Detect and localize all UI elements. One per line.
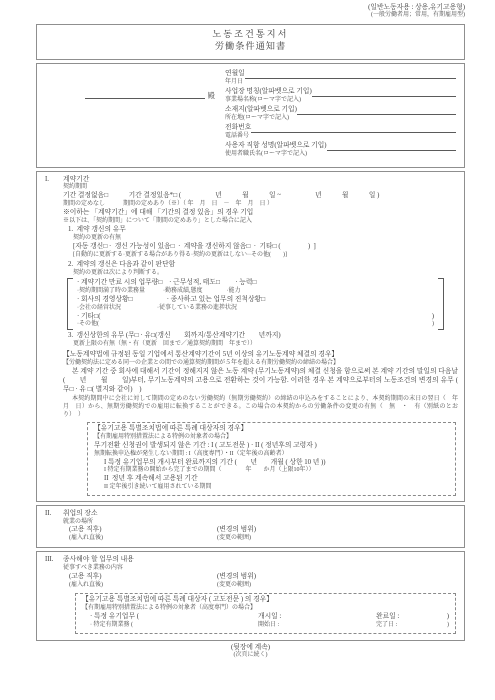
field-phone-ko: 전화번호 [225, 124, 456, 133]
section-work-location: II. 취업의 장소 就業の場所 (고용 직후) (변경의 범위) (雇入れ直後… [36, 505, 465, 548]
job-duties-col1-ja: (雇入れ直後) [69, 582, 217, 590]
special-measures-box-2: 【유기고용 특별조치법에 따른 특례 대상자 ( 고도전문 ) 의 경우】 【有… [75, 593, 456, 633]
job-duties-title-ja: 従事すべき業務の内容 [63, 565, 458, 573]
conversion-paragraph-ja: 本契約期間中に会社に対して期間の定めのない労働契約（無期労働契約）の締結の申込み… [63, 396, 458, 419]
work-location-col1-ja: (雇入れ直後) [69, 535, 217, 543]
renewal-criteria-bracket: · 계약기간 만료 시의 업무량□ · 근무성적, 태도□ · 능력□ ·契約期… [67, 278, 444, 330]
footer-continued-ja: (次頁に続く) [36, 652, 465, 660]
criteria-row-3-ja: ·その他( ) [77, 321, 434, 329]
special2-title-ko: 【유기고용 특별조치법에 따른 특례 대상자 ( 고도전문 ) 의 경우】 [82, 596, 449, 605]
field-workplace-name-blank [312, 90, 456, 97]
work-location-col1-ko: (고용 직후) [69, 526, 217, 535]
field-date-ja: 年月日 [225, 79, 456, 87]
work-location-cols-ko: (고용 직후) (변경의 범위) [63, 526, 458, 535]
recipient-line: 殿 [47, 70, 225, 161]
contract-period-title-ko: 계약기간 [63, 176, 458, 185]
header-info-box: 殿 연월일 年月日 사업장 명칭(알파벳으로 기입) 事業場名称(ローマ字で記入… [36, 63, 465, 168]
special2-title-ja: 【有期雇用特別措置法による特例の対象者（高度専門）の場合】 [82, 605, 449, 613]
section2-numeral: II. [37, 506, 63, 547]
job-duties-cols-ko: (고용 직후) (변경의 범위) [63, 573, 458, 582]
document-page: (일반노동자용 : 상용,유기고용형) (一般労働者用；常用，有期雇用型) 노동… [0, 0, 495, 700]
special-line3-ja: II 定年後引き続いて雇用されている期間 [94, 484, 449, 492]
title-box: 노동조건통지서 労働条件通知書 [36, 24, 465, 60]
special2-task-label-ko: · 특정 유기업무 ( [90, 613, 258, 622]
special-line3-ko: II 정년 후 계속해서 고용된 기간 [94, 475, 449, 484]
field-address-ja: 所在地(ローマ字で記入) [225, 115, 456, 123]
renewal-title-ja: 契約の更新の有無 [63, 235, 458, 243]
special2-row-ko-close: ) [447, 613, 449, 622]
special-title-ko: 【유기고용 특별조치법에 따른 특례 대상자의 경우】 [94, 425, 449, 434]
recipient-name-blank [85, 92, 205, 99]
work-location-col2-ja: (変更の範囲) [217, 535, 251, 543]
criteria-row-3-ko: · 기타□( ) [77, 313, 434, 322]
special-line1-ko: 무기전환 신청권이 발생되지 않은 기간 : I ( 고도전문 ) · II (… [94, 442, 449, 451]
field-address-blank [297, 108, 456, 115]
section1-numeral: I. [37, 172, 63, 501]
footer-continued-ko: (뒷장에 계속) [36, 644, 465, 652]
renewal-limit-ko: 3. 갱신상한의 유무 (무□ · 유□(갱신 회까지/통산계약기간 년까지) [63, 332, 458, 341]
field-phone-ja: 電話番号 [225, 133, 456, 141]
job-duties-title-ko: 종사해야 할 업무의 내용 [63, 556, 458, 565]
work-location-title-ja: 就業の場所 [63, 519, 458, 527]
special-line1-ja: 無期転換申込権が発生しない期間 : I（高度専門）・II（定年後の高齢者） [94, 451, 449, 459]
special2-start-label-ko: 개시일 : [258, 613, 376, 622]
criteria-row-3-ja-close: ) [432, 321, 434, 329]
job-duties-col1-ko: (고용 직후) [69, 573, 217, 582]
special2-row-ko: · 특정 유기업무 ( 개시일 : 완료일 : ) [82, 613, 449, 622]
period-note-ja: ※以下は、「契約期間」について「期間の定めあり」とした場合に記入 [63, 218, 458, 226]
criteria-row-1-ja: ·契約期間満了時の業務量 ·勤務成績,態度 ·能力 [77, 288, 434, 296]
section2-content: 취업의 장소 就業の場所 (고용 직후) (변경의 범위) (雇入れ直後) (変… [63, 506, 464, 547]
period-options-ja: 期間の定めなし 期間の定めあり（※）（ 年 月 日 － 年 月 日 ） [63, 201, 458, 209]
period-options-ko: 기간 결정없음□ 기간 결정있음*□ ( 년 월 일 ~ 년 월 일 ) [63, 192, 458, 201]
conversion-paragraph-ko: 본 계약 기간 중 회사에 대해서 기간이 정해지지 않은 노동 계약 (무기노… [63, 368, 458, 394]
form-type-note: (일반노동자용 : 상용,유기고용형) (一般労働者用；常用，有期雇用型) [36, 4, 465, 20]
criteria-row-1-ko: · 계약기간 만료 시의 업무량□ · 근무성적, 태도□ · 능력□ [77, 279, 434, 288]
document-title-ja: 労働条件通知書 [37, 41, 464, 53]
job-duties-col2-ko: (변경의 범위) [217, 573, 256, 582]
job-duties-cols-ja: (雇入れ直後) (変更の範囲) [63, 582, 458, 590]
special2-row-ja: · 特定有期業務 ( 開始日 : 完了日 : ) [82, 622, 449, 630]
special2-task-label-ja: · 特定有期業務 ( [90, 622, 258, 630]
labor-contract-law-note-ja: 【労働契約法に定める同一の企業との間での通算契約期間が５年を超える有期労働契約の… [63, 360, 458, 368]
recipient-honorific: 殿 [208, 92, 215, 101]
field-date-blank [245, 72, 456, 79]
labor-contract-law-note-ko: 【노동계약법에 규정된 동일 기업에서 통산계약기간이 5년 이상의 유기노동계… [63, 351, 458, 360]
special-title-ja: 【有期雇用特別措置法による特例の対象者の場合】 [94, 434, 449, 442]
criteria-row-2-ja: ·会社の経営状況 ·従事している業務の進捗状況 [77, 305, 434, 313]
special2-end-label-ja: 完了日 : [376, 622, 447, 630]
renewal-title-ko: 1. 계약 갱신의 유무 [63, 226, 458, 235]
criteria-row-2-ko: · 회사의 경영상황□ · 종사하고 있는 업무의 진척상황□ [77, 296, 434, 305]
special-measures-box: 【유기고용 특별조치법에 따른 특례 대상자의 경우】 【有期雇用特別措置法によ… [87, 422, 456, 496]
field-employer-name-ja: 使用者職氏名(ローマ字で記入) [225, 151, 456, 159]
special2-start-label-ja: 開始日 : [258, 622, 376, 630]
employer-fields: 연월일 年月日 사업장 명칭(알파벳으로 기입) 事業場名称(ローマ字で記入) … [225, 70, 456, 161]
document-title-ko: 노동조건통지서 [37, 29, 464, 41]
special2-end-label-ko: 완료일 : [376, 613, 447, 622]
field-workplace-name-ko: 사업장 명칭(알파벳으로 기입) [225, 88, 456, 97]
field-phone-blank [251, 126, 456, 133]
field-workplace-name-ja: 事業場名称(ローマ字で記入) [225, 97, 456, 105]
special2-row-ja-close: ) [447, 622, 449, 630]
job-duties-col2-ja: (変更の範囲) [217, 582, 251, 590]
field-employer-name-ko: 사용자 직함 성명(알파벳으로 기입) [225, 142, 456, 151]
page-footer: (뒷장에 계속) (次頁に続く) [36, 644, 465, 660]
section3-content: 종사해야 할 업무의 내용 従事すべき業務の内容 (고용 직후) (변경의 범위… [63, 552, 464, 640]
field-date-ko: 연월일 [225, 70, 456, 79]
section-job-duties: III. 종사해야 할 업무의 내용 従事すべき業務の内容 (고용 직후) (변… [36, 551, 465, 641]
renewal-criteria-title-ko: 2. 계약의 갱신은 다음과 같이 판단함 [63, 261, 458, 270]
section-contract-period: I. 계약기간 契約期間 기간 결정없음□ 기간 결정있음*□ ( 년 월 일 … [36, 171, 465, 502]
work-location-col2-ko: (변경의 범위) [217, 526, 256, 535]
renewal-options-ja: [自動的に更新する·更新する場合があり得る·契約の更新はしない··その他( )] [63, 252, 458, 260]
renewal-criteria-title-ja: 契約の更新は次により判断する。 [63, 270, 458, 278]
field-address-ko: 소재지(알파벳으로 기입) [225, 106, 456, 115]
section3-numeral: III. [37, 552, 63, 640]
form-type-note-ja: (一般労働者用；常用，有期雇用型) [36, 12, 465, 20]
renewal-options-ko: [자동 갱신□ · 갱신 가능성이 있음□ · 계약을 갱신하지 않음□ · 기… [63, 243, 458, 252]
section1-content: 계약기간 契約期間 기간 결정없음□ 기간 결정있음*□ ( 년 월 일 ~ 년… [63, 172, 464, 501]
work-location-cols-ja: (雇入れ直後) (変更の範囲) [63, 535, 458, 543]
field-employer-name-blank [327, 144, 456, 151]
renewal-limit-ja: 更新上限の有無（無・有（更新 回まで／通算契約期間 年まで）） [63, 341, 458, 349]
work-location-title-ko: 취업의 장소 [63, 510, 458, 519]
period-note-ko: ※이하는 「계약기간」에 대해 「기간의 결정 있음」의 경우 기입 [63, 209, 458, 218]
